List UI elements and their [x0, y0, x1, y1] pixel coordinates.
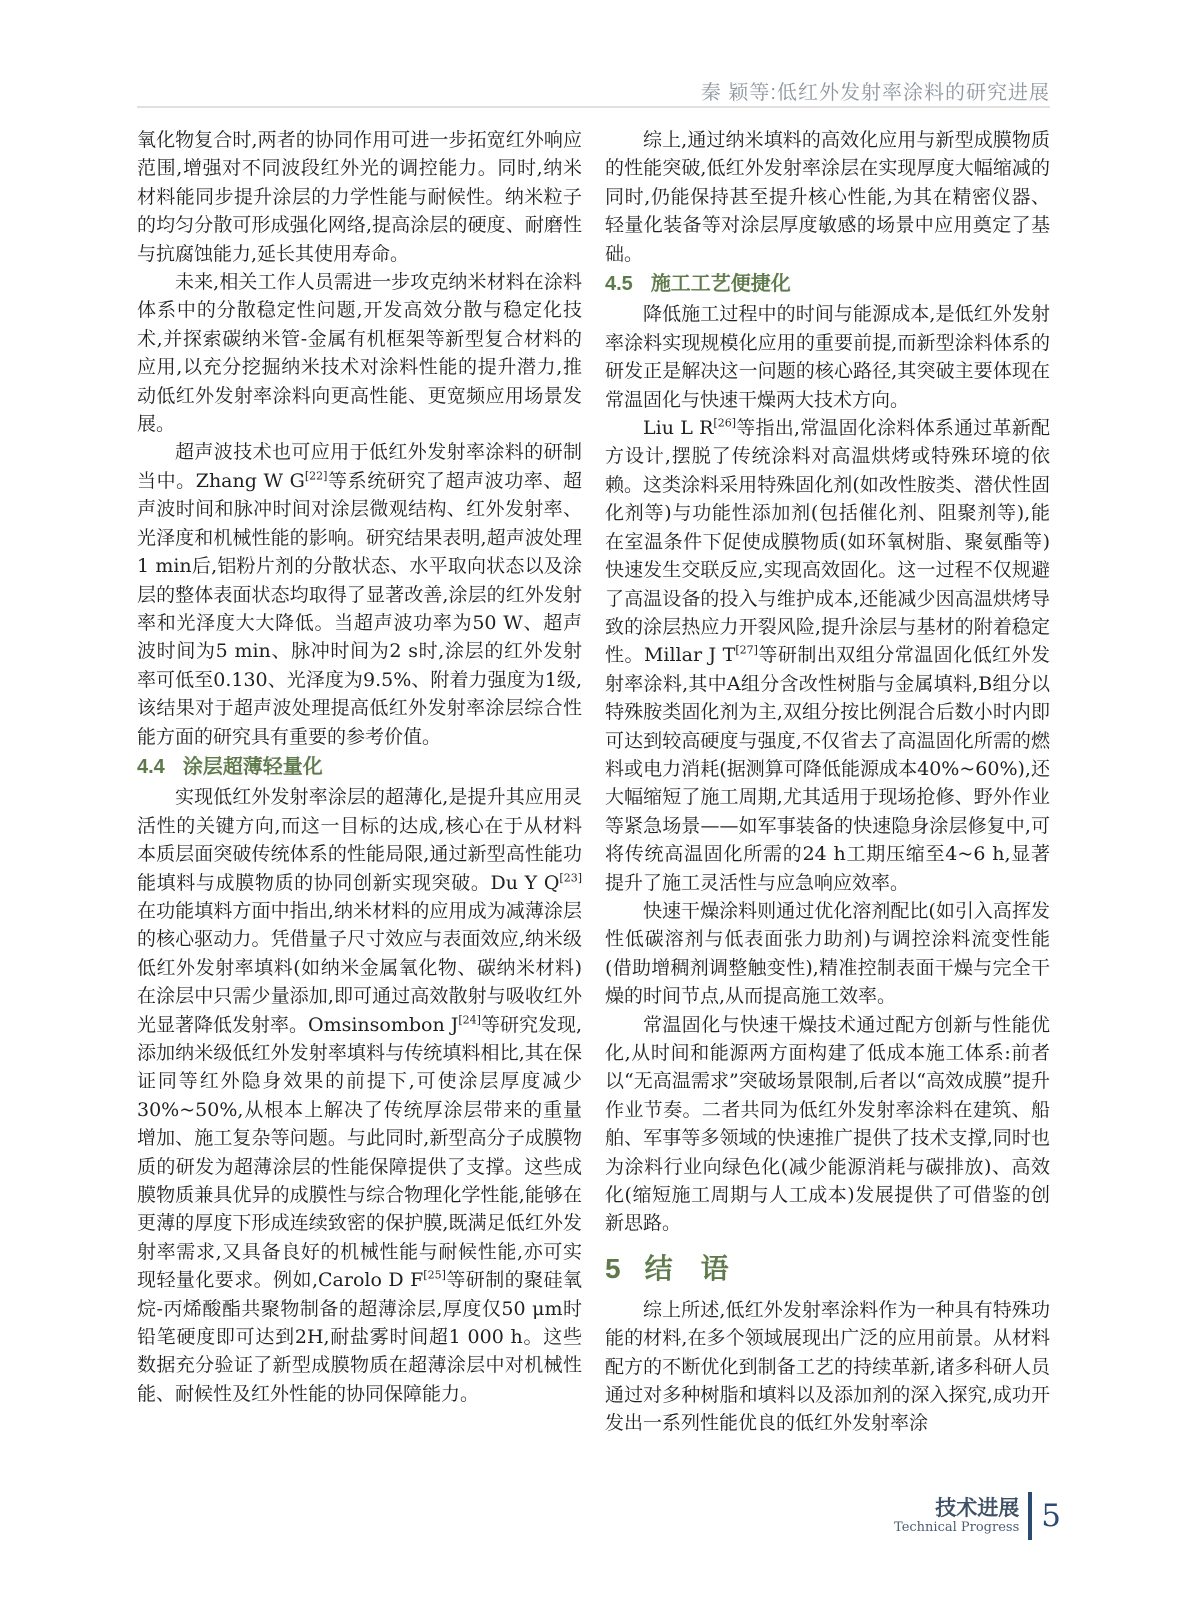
paragraph: 综上,通过纳米填料的高效化应用与新型成膜物质的性能突破,低红外发射率涂层在实现厚…	[605, 126, 1050, 268]
paragraph: 常温固化与快速干燥技术通过配方创新与性能优化,从时间和能源两方面构建了低成本施工…	[605, 1011, 1050, 1238]
right-column: 综上,通过纳米填料的高效化应用与新型成膜物质的性能突破,低红外发射率涂层在实现厚…	[605, 126, 1050, 1438]
footer-section-label: 技术进展 Technical Progress	[894, 1497, 1019, 1536]
footer-section-zh: 技术进展	[894, 1497, 1019, 1520]
page-footer: 技术进展 Technical Progress 5	[894, 1492, 1061, 1540]
section-title: 涂层超薄轻量化	[183, 753, 323, 781]
section-title: 结 语	[645, 1252, 729, 1286]
footer-divider-bar	[1028, 1492, 1032, 1540]
section-heading: 5结 语	[605, 1252, 1050, 1286]
citation-ref: [22]	[305, 470, 328, 483]
paragraph: 综上所述,低红外发射率涂料作为一种具有特殊功能的材料,在多个领域展现出广泛的应用…	[605, 1296, 1050, 1438]
page-number: 5	[1041, 1498, 1061, 1534]
paragraph: 超声波技术也可应用于低红外发射率涂料的研制当中。Zhang W G[22]等系统…	[137, 438, 582, 750]
citation-ref: [27]	[735, 644, 758, 657]
article-body: 氧化物复合时,两者的协同作用可进一步拓宽红外响应范围,增强对不同波段红外光的调控…	[137, 126, 1050, 1438]
paragraph: 氧化物复合时,两者的协同作用可进一步拓宽红外响应范围,增强对不同波段红外光的调控…	[137, 126, 582, 268]
citation-ref: [26]	[713, 417, 736, 430]
citation-ref: [23]	[559, 871, 582, 884]
section-number: 4.5	[605, 270, 633, 298]
scanned-paper-page: 秦 颖等:低红外发射率涂料的研究进展 氧化物复合时,两者的协同作用可进一步拓宽红…	[0, 0, 1187, 1600]
running-head: 秦 颖等:低红外发射率涂料的研究进展	[701, 76, 1050, 105]
paragraph: Liu L R[26]等指出,常温固化涂料体系通过革新配方设计,摆脱了传统涂料对…	[605, 414, 1050, 897]
paragraph: 降低施工过程中的时间与能源成本,是低红外发射率涂料实现规模化应用的重要前提,而新…	[605, 300, 1050, 414]
paragraph: 未来,相关工作人员需进一步攻克纳米材料在涂料体系中的分散稳定性问题,开发高效分散…	[137, 268, 582, 438]
paragraph: 快速干燥涂料则通过优化溶剂配比(如引入高挥发性低碳溶剂与低表面张力助剂)与调控涂…	[605, 897, 1050, 1011]
section-heading: 4.4涂层超薄轻量化	[137, 753, 582, 781]
section-title: 施工工艺便捷化	[651, 270, 791, 298]
footer-section-en: Technical Progress	[894, 1520, 1019, 1536]
paragraph: 实现低红外发射率涂层的超薄化,是提升其应用灵活性的关键方向,而这一目标的达成,核…	[137, 783, 582, 1408]
section-number: 5	[605, 1252, 621, 1286]
section-number: 4.4	[137, 753, 165, 781]
citation-ref: [25]	[423, 1269, 446, 1282]
left-column: 氧化物复合时,两者的协同作用可进一步拓宽红外响应范围,增强对不同波段红外光的调控…	[137, 126, 582, 1438]
section-heading: 4.5施工工艺便捷化	[605, 270, 1050, 298]
citation-ref: [24]	[458, 1013, 481, 1026]
header-rule	[137, 106, 1050, 108]
